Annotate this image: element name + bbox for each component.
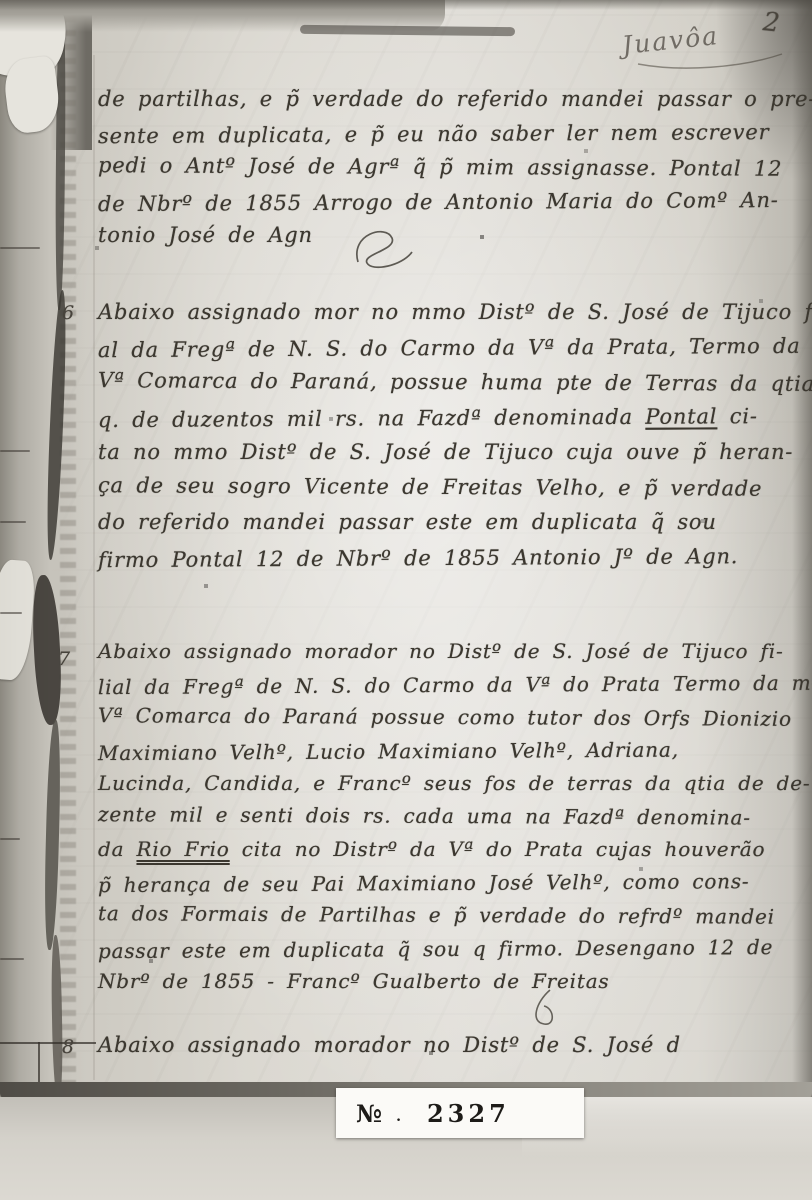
ruled-line-stub [0,450,30,452]
line-text: cita no Distrº da Vª do Prata cujas houv… [230,837,766,861]
page-number: 2 [761,7,781,39]
document-scan: 2 Juavôa de partilhas, e p̃ verdade do r… [0,0,812,1200]
manuscript-line: Maximiano Velhº, Lucio Maximiano Velhº, … [98,734,800,771]
paragraph-block: de partilhas, e p̃ verdade do referido m… [98,84,800,254]
paragraph-block: Abaixo assignado mor no mmo Distº de S. … [98,297,800,577]
paraph-flourish-icon [346,222,418,272]
margin-number: 7 [58,648,70,670]
manuscript-line: ta dos Formais de Partilhas e p̃ verdade… [98,898,800,935]
manuscript-line: sente em duplicata, e p̃ eu não saber le… [98,117,800,155]
manuscript-line: q. de duzentos mil rs. na Fazdª denomina… [98,401,800,440]
ruled-line-stub [0,1042,96,1044]
ruled-line-stub [0,838,20,840]
top-smudge-mark [300,25,515,36]
manuscript-line: Vª Comarca do Paraná, possue huma pte de… [98,365,800,404]
line-text: da [98,837,136,861]
manuscript-line: da Rio Frio cita no Distrº da Vª do Prat… [98,834,800,867]
ruled-line-stub [0,521,26,523]
manuscript-line: Abaixo assignado mor no mmo Distº de S. … [98,297,800,332]
underlined-place-name: Pontal [645,404,717,428]
manuscript-line: firmo Pontal 12 de Nbrº de 1855 Antonio … [98,541,800,580]
catalog-label: № . 2327 [336,1088,584,1138]
ruled-line-stub [0,612,22,614]
numero-sign: № [356,1099,382,1128]
ink-specks [0,0,2,2]
margin-number: 6 [62,302,74,324]
margin-rule-line [93,55,95,1080]
ruled-line-stub [0,958,24,960]
underlined-place-name: Rio Frio [136,837,229,861]
margin-number: 8 [62,1036,74,1058]
manuscript-line: passar este em duplicata q̃ sou q firmo.… [98,932,800,969]
line-text: q. de duzentos mil rs. na Fazdª denomina… [98,405,645,432]
manuscript-line: do referido mandei passar este em duplic… [98,507,800,542]
paragraph-block: Abaixo assignado morador no Distº de S. … [98,1030,800,1064]
manuscript-line: Abaixo assignado morador no Distº de S. … [98,636,800,669]
header-flourish-icon [636,52,786,74]
manuscript-line: zente mil e senti dois rs. cada uma na F… [98,799,800,836]
paraph-flourish-icon [520,988,580,1028]
manuscript-line: p̃ herança de seu Pai Maximiano José Vel… [98,866,800,903]
manuscript-line: Abaixo assignado morador no Distº de S. … [98,1030,800,1064]
label-number: 2327 [427,1099,510,1128]
manuscript-line: ta no mmo Distº de S. José de Tijuco cuj… [98,437,800,472]
paragraph-block: Abaixo assignado morador no Distº de S. … [98,636,800,999]
manuscript-line: Lucinda, Candida, e Francº seus fos de t… [98,768,800,801]
manuscript-line: de partilhas, e p̃ verdade do referido m… [98,84,800,118]
label-separator: . [396,1109,401,1125]
manuscript-line: al da Fregª de N. S. do Carmo da Vª da P… [98,331,800,370]
manuscript-line: Vª Comarca do Paraná possue como tutor d… [98,700,800,737]
manuscript-line: tonio José de Agn [98,220,800,254]
manuscript-line: pedi o Antº José de Agrª q̃ p̃ mim assig… [98,150,800,188]
manuscript-line: de Nbrº de 1855 Arrogo de Antonio Maria … [98,185,800,223]
manuscript-line: Nbrº de 1855 - Francº Gualberto de Freit… [98,966,800,999]
line-text: ci- [717,404,758,428]
manuscript-line: lial da Fregª de N. S. do Carmo da Vª do… [98,668,800,705]
ruled-line-stub [38,1042,40,1086]
manuscript-line: ça de seu sogro Vicente de Freitas Velho… [98,470,800,509]
ruled-line-stub [0,247,40,249]
top-edge-shadow [0,0,812,10]
